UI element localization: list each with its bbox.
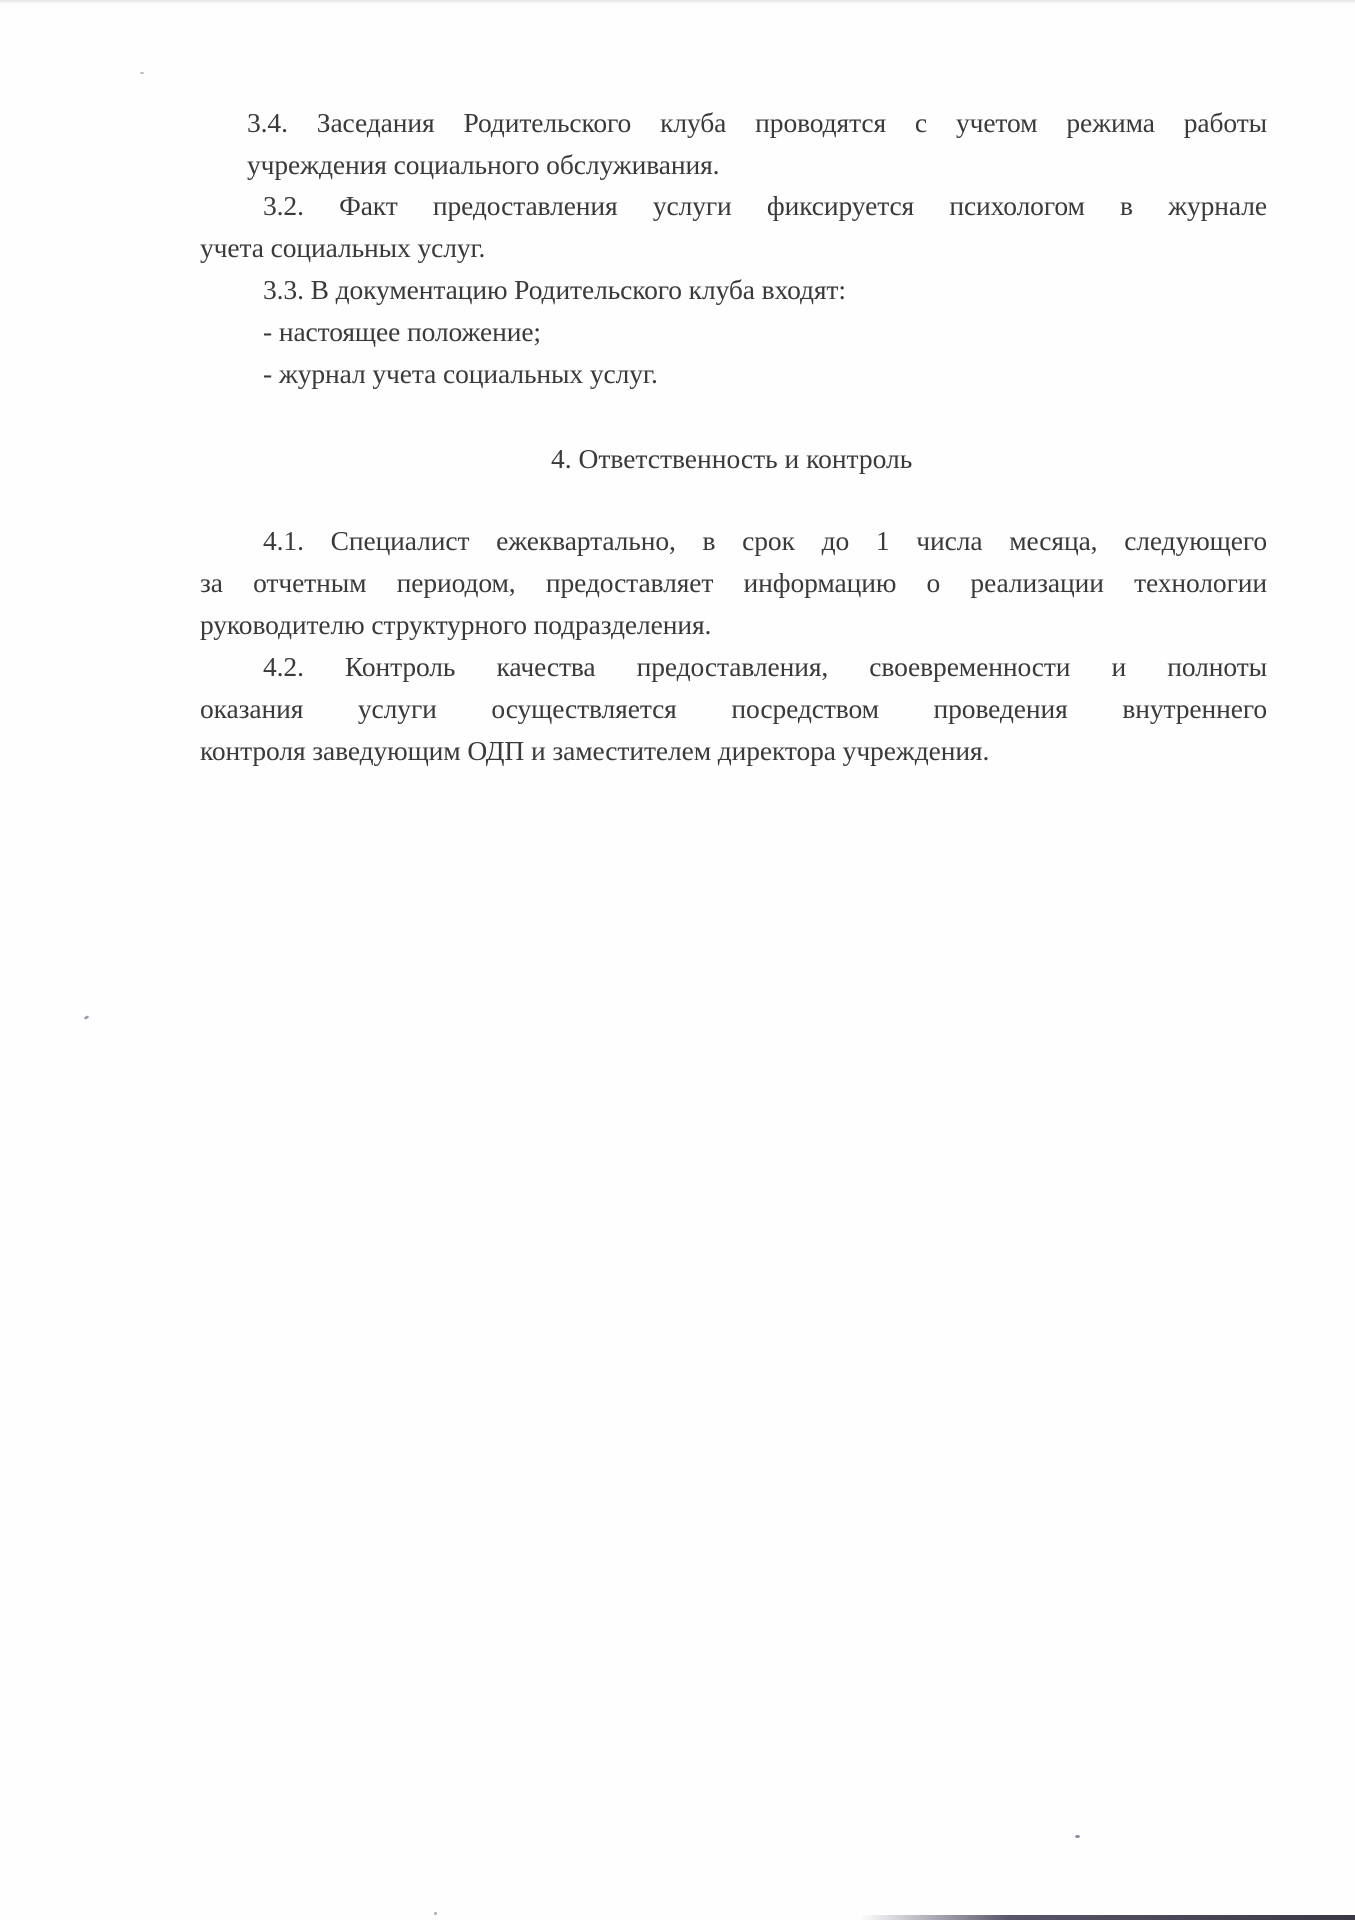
paragraph-4-1-line-1: 4.1. Специалист ежеквартально, в срок до… (263, 524, 1267, 558)
paragraph-4-2-line-2: оказания услуги осуществляется посредств… (200, 692, 1267, 726)
scan-speck (1075, 1835, 1080, 1838)
list-item: - настоящее положение; (263, 315, 541, 349)
paragraph-3-2-line-2: учета социальных услуг. (200, 231, 485, 265)
paragraph-3-4-line-2: учреждения социального обслуживания. (247, 148, 719, 182)
paragraph-4-1-line-2: за отчетным периодом, предоставляет инфо… (200, 566, 1267, 600)
paragraph-4-2-line-3: контроля заведующим ОДП и заместителем д… (200, 734, 989, 768)
paragraph-3-4-line-1: 3.4. Заседания Родительского клуба прово… (247, 106, 1267, 140)
paragraph-4-1-line-3: руководителю структурного подразделения. (200, 608, 711, 642)
paragraph-3-3-line-1: 3.3. В документацию Родительского клуба … (263, 273, 846, 307)
scan-speck (84, 1015, 90, 1020)
section-4-heading: 4. Ответственность и контроль (551, 442, 912, 476)
scan-bottom-edge (860, 1915, 1355, 1920)
paragraph-4-2-line-1: 4.2. Контроль качества предоставления, с… (263, 650, 1267, 684)
paragraph-3-2-line-1: 3.2. Факт предоставления услуги фиксируе… (263, 189, 1267, 223)
list-item: - журнал учета социальных услуг. (263, 357, 658, 391)
scan-top-shadow (0, 0, 1355, 4)
scanned-document-page: 3.4. Заседания Родительского клуба прово… (0, 0, 1355, 1920)
scan-speck (434, 1912, 437, 1915)
scan-speck (140, 72, 144, 74)
